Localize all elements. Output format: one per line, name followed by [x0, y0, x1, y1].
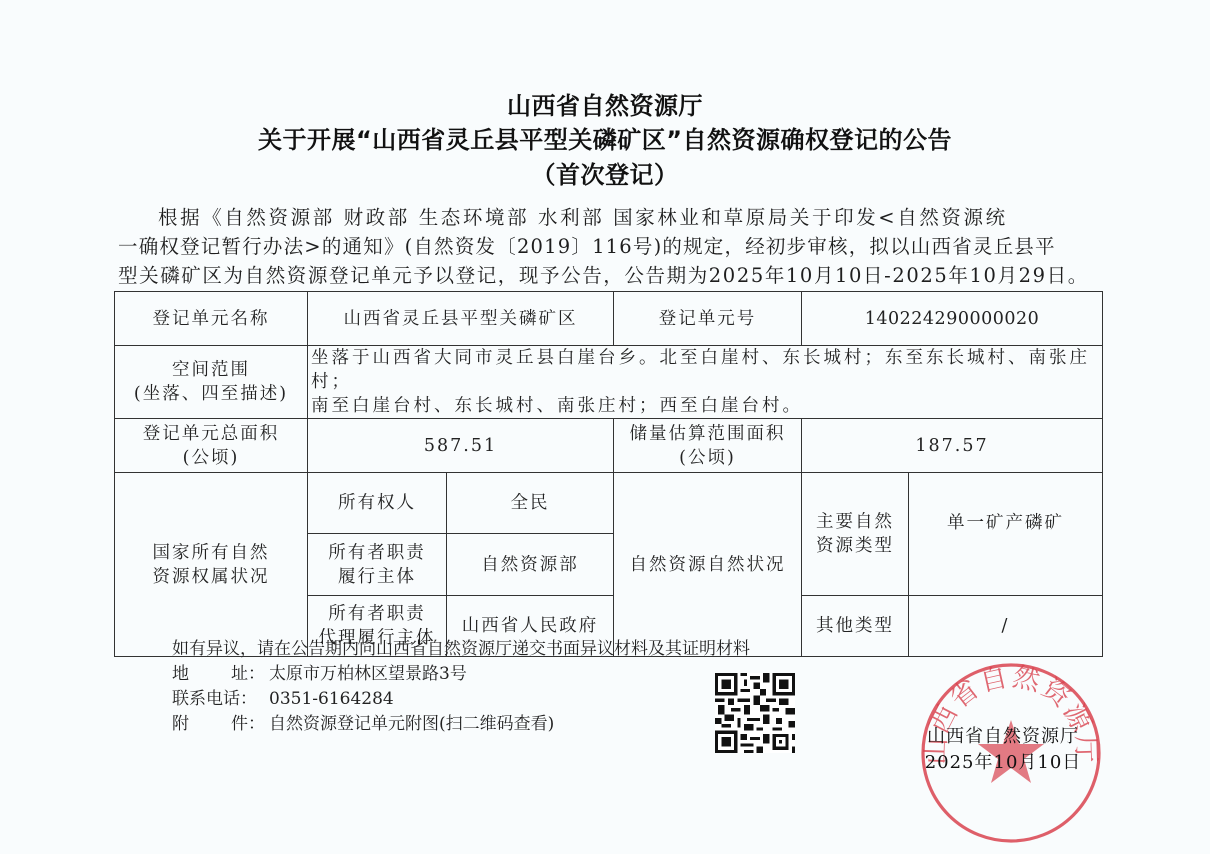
total-area-value: 587.51 — [308, 419, 614, 473]
total-area-label-line: (公顷) — [115, 446, 307, 470]
intro-line: 型关磷矿区为自然资源登记单元予以登记，现予公告，公告期为2025年10月10日-… — [118, 261, 1103, 290]
unit-no-label: 登记单元号 — [614, 292, 802, 346]
main-type-value: 单一矿产磷矿 — [909, 473, 1103, 596]
spatial-value-line: 坐落于山西省大同市灵丘县白崖台乡。北至白崖村、东长城村；东至东长城村、南张庄村； — [311, 346, 1102, 394]
intro-line: 根据《自然资源部 财政部 生态环境部 水利部 国家林业和草原局关于印发<自然资源… — [118, 203, 1103, 232]
ownership-label-line: 资源权属状况 — [115, 565, 307, 589]
main-type-label-line: 主要自然 — [802, 510, 908, 534]
signature-org: 山西省自然资源厅 — [908, 722, 1098, 748]
spatial-label: 空间范围 (坐落、四至描述) — [115, 346, 308, 419]
contact-info: 如有异议，请在公告期内向山西省自然资源厅递交书面异议材料及其证明材料 地址：太原… — [172, 637, 750, 737]
phone-label: 联系电话： — [172, 687, 269, 712]
main-type-label: 主要自然 资源类型 — [802, 473, 909, 596]
address-line: 地址：太原市万柏林区望景路3号 — [172, 662, 750, 687]
spatial-label-line: 空间范围 — [115, 358, 307, 382]
reserve-area-label: 储量估算范围面积 (公顷) — [614, 419, 802, 473]
phone-line: 联系电话：0351-6164284 — [172, 687, 750, 712]
unit-no-value: 140224290000020 — [802, 292, 1103, 346]
ownership-label-line: 国家所有自然 — [115, 541, 307, 565]
duty-label-line: 所有者职责 — [308, 541, 446, 565]
signature-date: 2025年10月10日 — [908, 748, 1098, 774]
qr-code-icon[interactable] — [715, 673, 795, 753]
owner-label: 所有权人 — [308, 473, 447, 534]
other-type-label: 其他类型 — [802, 596, 909, 657]
ownership-label: 国家所有自然 资源权属状况 — [115, 473, 308, 657]
duty-label: 所有者职责 履行主体 — [308, 534, 447, 596]
reserve-area-label-line: 储量估算范围面积 — [614, 422, 801, 446]
attachment-label: 件： — [231, 714, 265, 734]
main-type-label-line: 资源类型 — [802, 534, 908, 558]
table-row: 登记单元名称 山西省灵丘县平型关磷矿区 登记单元号 14022429000002… — [115, 292, 1103, 346]
spatial-label-line: (坐落、四至描述) — [115, 382, 307, 406]
notice-title: 关于开展“山西省灵丘县平型关磷矿区”自然资源确权登记的公告 — [0, 120, 1210, 155]
attachment-value: 自然资源登记单元附图(扫二维码查看) — [269, 714, 554, 734]
reserve-area-value: 187.57 — [802, 419, 1103, 473]
table-row: 空间范围 (坐落、四至描述) 坐落于山西省大同市灵丘县白崖台乡。北至白崖村、东长… — [115, 346, 1103, 419]
table-row: 国家所有自然 资源权属状况 所有权人 全民 自然资源自然状况 主要自然 资源类型… — [115, 473, 1103, 534]
other-type-value: / — [909, 596, 1103, 657]
table-row: 登记单元总面积 (公顷) 587.51 储量估算范围面积 (公顷) 187.57 — [115, 419, 1103, 473]
phone-value: 0351-6164284 — [269, 689, 394, 709]
spatial-value: 坐落于山西省大同市灵丘县白崖台乡。北至白崖村、东长城村；东至东长城村、南张庄村；… — [308, 346, 1103, 419]
intro-paragraph: 根据《自然资源部 财政部 生态环境部 水利部 国家林业和草原局关于印发<自然资源… — [118, 203, 1103, 290]
issuer-title: 山西省自然资源厅 — [0, 86, 1210, 121]
owner-value: 全民 — [447, 473, 614, 534]
address-label: 址： — [231, 664, 265, 684]
address-value: 太原市万柏林区望景路3号 — [269, 664, 467, 684]
registration-table: 登记单元名称 山西省灵丘县平型关磷矿区 登记单元号 14022429000002… — [114, 291, 1103, 657]
address-label: 地 — [172, 664, 189, 684]
total-area-label-line: 登记单元总面积 — [115, 422, 307, 446]
intro-line: 一确权登记暂行办法>的通知》(自然资发〔2019〕116号)的规定，经初步审核，… — [118, 232, 1103, 261]
notice-subtitle: （首次登记） — [0, 155, 1210, 190]
unit-name-value: 山西省灵丘县平型关磷矿区 — [308, 292, 614, 346]
duty-value: 自然资源部 — [447, 534, 614, 596]
objection-text: 如有异议，请在公告期内向山西省自然资源厅递交书面异议材料及其证明材料 — [172, 637, 750, 662]
spatial-value-line: 南至白崖台村、东长城村、南张庄村；西至白崖台村。 — [311, 394, 1102, 418]
agent-label-line: 所有者职责 — [308, 602, 446, 626]
duty-label-line: 履行主体 — [308, 565, 446, 589]
reserve-area-label-line: (公顷) — [614, 446, 801, 470]
total-area-label: 登记单元总面积 (公顷) — [115, 419, 308, 473]
natural-status-label: 自然资源自然状况 — [614, 473, 802, 657]
unit-name-label: 登记单元名称 — [115, 292, 308, 346]
attachment-line: 附件：自然资源登记单元附图(扫二维码查看) — [172, 712, 750, 737]
attachment-label: 附 — [172, 714, 189, 734]
